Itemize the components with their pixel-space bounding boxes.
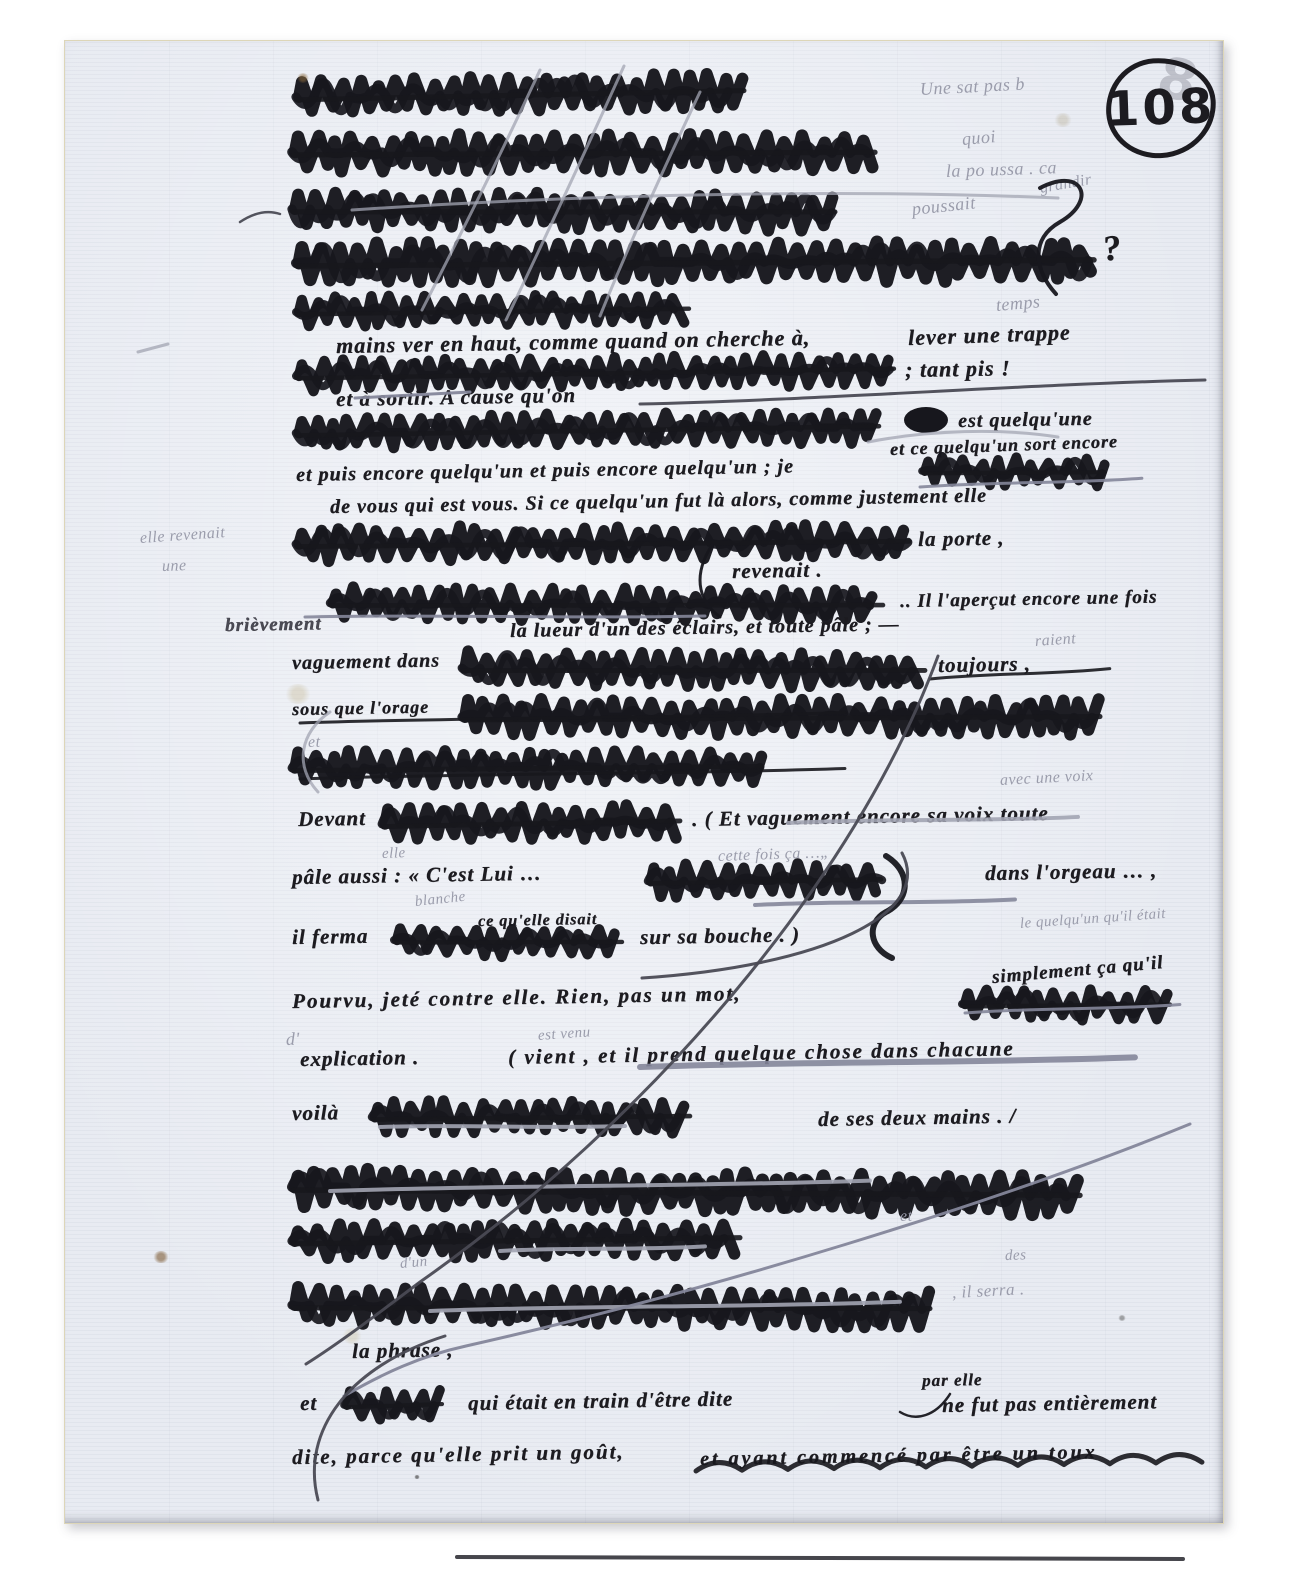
obliterated-line-2: [292, 128, 877, 177]
pencil-note: une: [162, 557, 187, 575]
pencil-note: et: [900, 1208, 913, 1226]
pencil-note: et: [308, 734, 321, 752]
ink-text: et à sortir. A cause qu'on: [336, 384, 576, 411]
ink-text: il ferma: [292, 925, 369, 949]
scribble-line: [344, 1386, 444, 1424]
scribble-line: [296, 406, 881, 454]
scribble-line: [382, 800, 682, 846]
ink-text: brièvement: [225, 614, 322, 637]
pencil-note: la po ussa . ca: [946, 158, 1058, 182]
scribble-line: [394, 920, 624, 963]
paper-stain: [342, 1328, 362, 1344]
photo-edge-shadow: [455, 1555, 1185, 1561]
paper-stain: [1054, 113, 1072, 127]
ink-text: voilà: [292, 1101, 339, 1125]
ink-text: explication .: [300, 1046, 420, 1071]
ink-text: la phrase ,: [352, 1338, 454, 1363]
ink-text: sur sa bouche . ): [640, 923, 800, 949]
scribble-line: [462, 646, 927, 693]
ink-text: revenait .: [732, 558, 823, 583]
ink-blot: [903, 406, 949, 434]
ink-text: ; tant pis !: [905, 356, 1011, 382]
obliterated-line-3: [292, 186, 837, 236]
ink-text: et: [300, 1392, 318, 1415]
pencil-note: quoi: [961, 127, 997, 150]
ink-text: ne fut pas entièrement: [942, 1390, 1157, 1417]
ink-text: dans l'orgeau … ,: [985, 859, 1158, 885]
paper-stain: [297, 73, 309, 83]
manuscript-photo: 8 108 ?mains ver en haut, comme quand on…: [0, 0, 1290, 1590]
page-number: 108: [1105, 78, 1216, 138]
pencil-note: d'un: [399, 1254, 428, 1273]
ink-text: par elle: [922, 1371, 983, 1391]
strike-line: [380, 1118, 625, 1134]
ink-text: est quelqu'une: [958, 408, 1093, 432]
ink-text: la porte ,: [918, 526, 1005, 551]
pencil-note: raient: [1034, 630, 1076, 650]
pencil-note: temps: [995, 292, 1041, 316]
ink-text: vaguement dans: [292, 649, 440, 674]
obliterated-line-1: [296, 69, 747, 120]
obliterated-line-5: [296, 289, 691, 332]
pencil-note: elle: [382, 845, 406, 862]
pencil-note: d': [286, 1030, 301, 1050]
obliterated-line-4: [296, 236, 1096, 288]
ink-text: Devant: [298, 807, 366, 831]
pencil-note: des: [1005, 1247, 1027, 1264]
pencil-note: , il serra .: [952, 1280, 1025, 1302]
ink-text: pâle aussi : « C'est Lui …: [292, 862, 542, 889]
ink-text: de ses deux mains . /: [818, 1105, 1017, 1132]
ink-text: qui était en train d'être dite: [468, 1387, 733, 1415]
